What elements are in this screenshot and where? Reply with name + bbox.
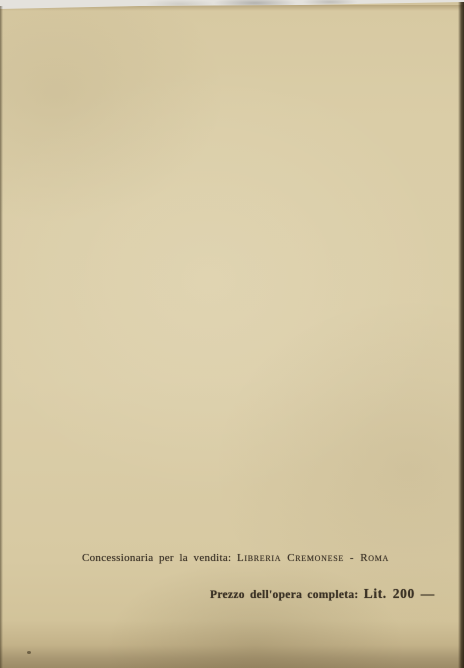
price-line: Prezzo dell'opera completa: Lit. 200 — xyxy=(210,586,435,603)
distributor-line: Concessionaria per la vendita: Libreria … xyxy=(82,551,402,565)
page-left-edge-shadow xyxy=(0,6,3,668)
price-value: Lit. 200 — xyxy=(364,586,435,601)
paper-speck xyxy=(27,651,31,654)
book-photo: Concessionaria per la vendita: Libreria … xyxy=(0,0,464,668)
distributor-seller: Libreria Cremonese - Roma xyxy=(237,552,389,564)
price-label: Prezzo dell'opera completa: xyxy=(210,589,359,601)
book-back-cover: Concessionaria per la vendita: Libreria … xyxy=(0,0,464,668)
distributor-prefix: Concessionaria per la vendita: xyxy=(82,552,231,564)
page-right-edge-shadow xyxy=(458,2,464,668)
page-top-edge xyxy=(0,5,464,11)
